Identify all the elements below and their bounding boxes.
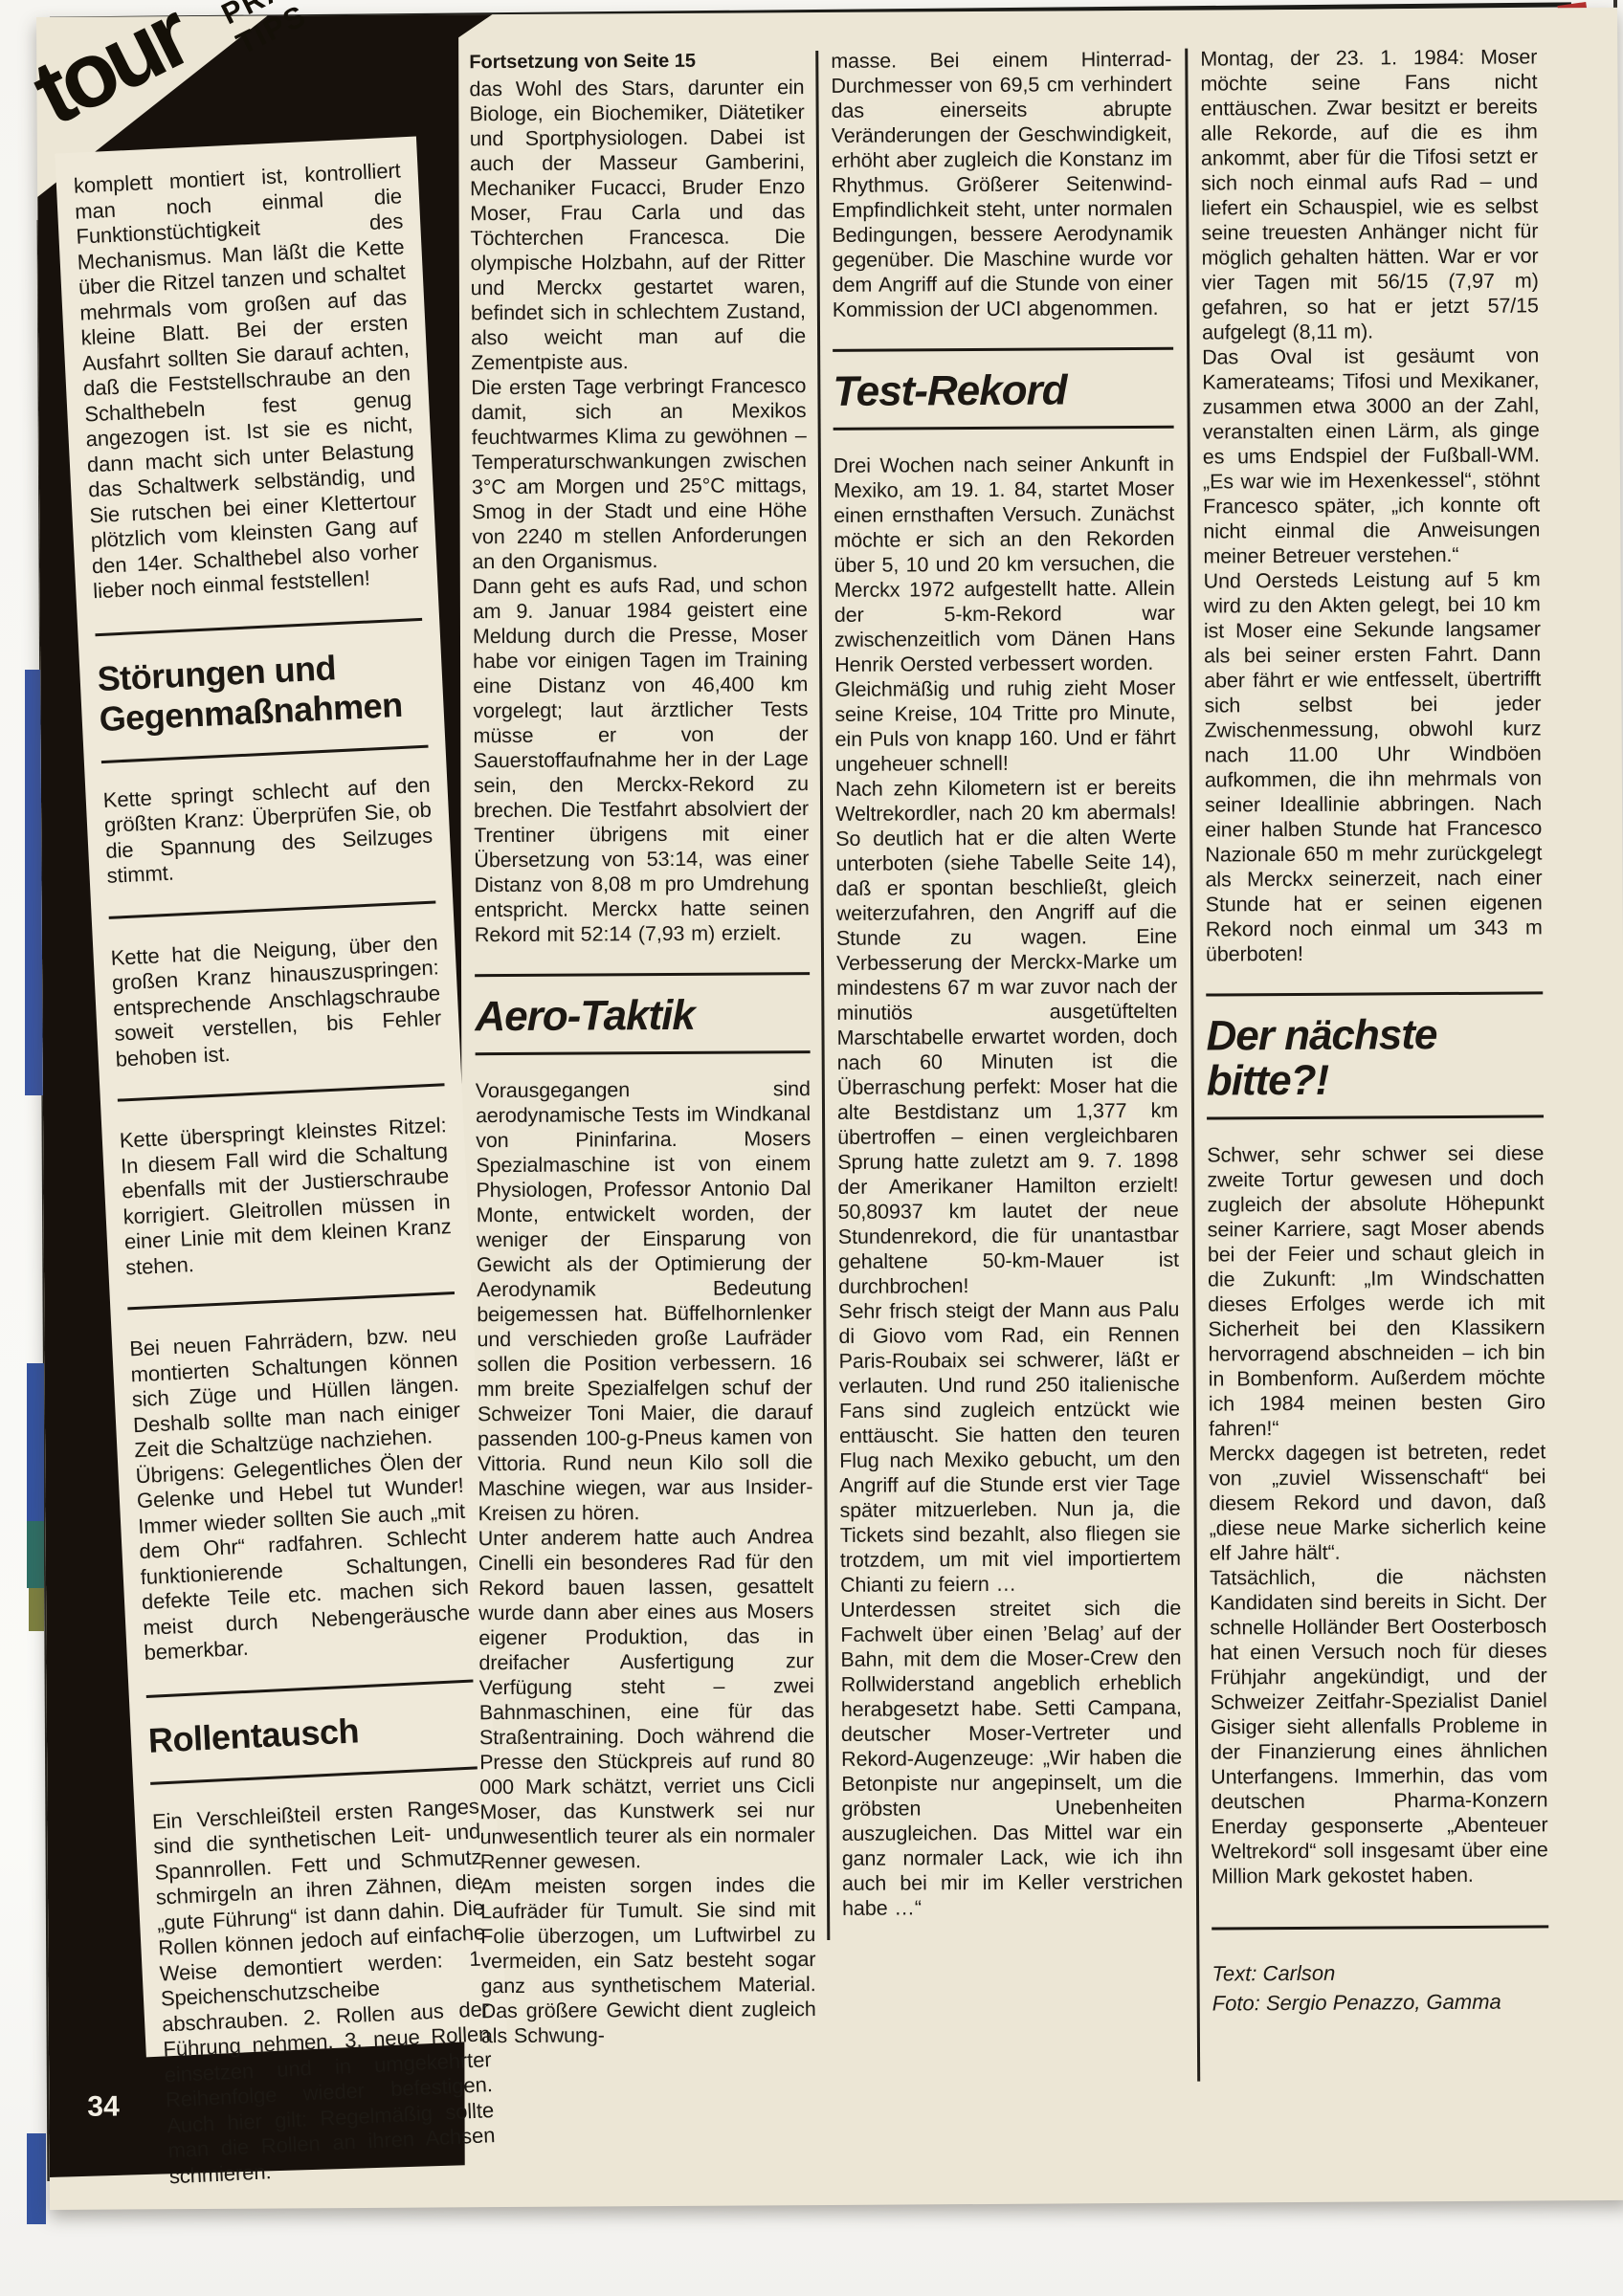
column-divider xyxy=(815,51,830,1940)
text-credit: Text: Carlson xyxy=(1212,1956,1548,1988)
magazine-scan: { "masthead": {"logo_text": "tour", "tag… xyxy=(0,0,1623,2296)
page-edge-strip-olive xyxy=(29,1588,44,1631)
paragraph: Das Oval ist gesäumt von Kamerateams; Ti… xyxy=(1202,342,1540,568)
paragraph: Die ersten Tage verbringt Francesco dami… xyxy=(471,373,807,574)
paragraph: Ein Verschleißteil ersten Ranges sind di… xyxy=(151,1794,497,2189)
paragraph: Unterdessen streitet sich die Fachwelt ü… xyxy=(840,1596,1183,1921)
divider-rule xyxy=(118,1083,445,1101)
paragraph: Tatsächlich, die nächsten Kandidaten sin… xyxy=(1210,1563,1548,1888)
column-4: Montag, der 23. 1. 1984: Moser möchte se… xyxy=(1200,44,1549,2018)
magazine-page: tour PRAXIS TIPS komplett montiert ist, … xyxy=(36,8,1623,2210)
column-2: Fortsetzung von Seite 15das Wohl des Sta… xyxy=(469,49,816,2048)
continuation-note: Fortsetzung von Seite 15 xyxy=(469,49,804,75)
section-heading: Test-Rekord xyxy=(833,347,1174,430)
photo-credit: Foto: Sergio Penazzo, Gamma xyxy=(1212,1986,1549,2018)
column-4-text: Montag, der 23. 1. 1984: Moser möchte se… xyxy=(1200,44,1548,1888)
paragraph: masse. Bei einem Hinterrad-Durchmesser v… xyxy=(831,47,1173,322)
paragraph: Kette überspringt kleinstes Ritzel: In d… xyxy=(119,1113,453,1280)
paragraph: Kette hat die Neigung, über den großen K… xyxy=(110,930,443,1072)
paragraph: Und Oersteds Leistung auf 5 km wird zu d… xyxy=(1204,566,1544,966)
paragraph: Montag, der 23. 1. 1984: Moser möchte se… xyxy=(1200,44,1539,344)
section-heading: Störungen und Gegenmaßnahmen xyxy=(95,617,428,762)
paragraph: Gleichmäßig und ruhig zieht Moser seine … xyxy=(834,675,1176,777)
page-number: 34 xyxy=(87,2091,120,2124)
paragraph: Unter anderem hatte auch Andrea Cinelli … xyxy=(478,1524,815,1874)
page-edge-strip-teal xyxy=(27,1521,44,1588)
divider-rule xyxy=(109,900,436,918)
paragraph: Sehr frisch steigt der Mann aus Palu di … xyxy=(838,1297,1181,1598)
paragraph: Schwer, sehr schwer sei diese zweite Tor… xyxy=(1207,1140,1545,1441)
paragraph: komplett montiert ist, kontrolliert man … xyxy=(73,158,420,604)
credits-block: Text: Carlson Foto: Sergio Penazzo, Gamm… xyxy=(1212,1925,1549,2018)
paragraph: Drei Wochen nach seiner Ankunft in Mexik… xyxy=(834,452,1175,677)
column-3: masse. Bei einem Hinterrad-Durchmesser v… xyxy=(831,47,1183,1921)
divider-rule xyxy=(127,1291,455,1310)
section-heading: Aero-Taktik xyxy=(475,972,811,1055)
paragraph: Dann geht es aufs Rad, und schon am 9. J… xyxy=(473,572,810,947)
paragraph: Merckx dagegen ist betreten, redet von „… xyxy=(1209,1439,1546,1565)
paragraph: Bei neuen Fahrrädern, bzw. neu montierte… xyxy=(129,1321,462,1464)
column-divider xyxy=(1185,49,1200,2082)
paragraph: Nach zehn Kilometern ist er bereits Welt… xyxy=(835,775,1179,1299)
section-heading: Der nächste bitte?! xyxy=(1206,991,1544,1119)
paragraph: das Wohl des Stars, darunter ein Biologe… xyxy=(469,75,806,375)
page-edge-strip-blue xyxy=(27,1363,44,1521)
paragraph: Vorausgegangen sind aerodynamische Tests… xyxy=(476,1076,813,1526)
paragraph: Übrigens: Gelegentliches Ölen der Gelenk… xyxy=(135,1447,472,1666)
section-heading: Rollentausch xyxy=(146,1679,478,1784)
paragraph: Kette springt schlecht auf den größten K… xyxy=(102,772,434,889)
page-edge-strip-blue xyxy=(27,2133,46,2224)
paragraph: Am meisten sorgen indes die Laufräder fü… xyxy=(480,1872,816,2048)
